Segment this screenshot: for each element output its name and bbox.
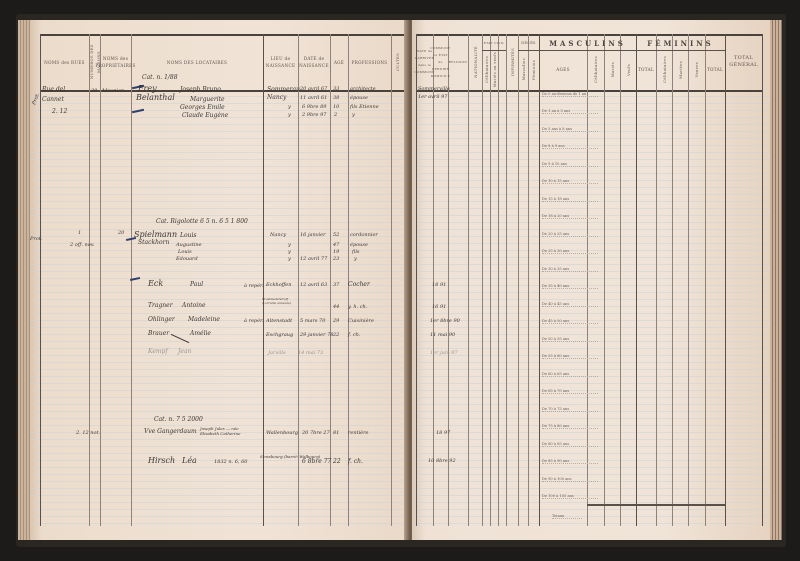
tenant-surname-faint: Kempf [148,348,168,355]
birthdate: 29 janvier 78 [300,332,333,338]
age-range: De 45 à 50 ans [542,319,598,324]
arrival-note-faint: 1er juin 97 [430,350,458,356]
birthplace: Nancy [270,232,286,238]
birthdate: 5 mars 70 [300,318,325,324]
age-range: De 25 à 30 ans [542,249,598,254]
arrival-note: 10 8bre 92 [428,458,456,464]
tenant-firstname: Louis [180,232,196,239]
header-infirmites: INFIRMITÉS [509,48,516,76]
profession: f. ch. [348,332,360,338]
header-noms-rues: NOMS des RUES [40,36,89,88]
right-page: DATE de l'ARRIVÉE dans la COMMUNE COMMUN… [412,20,770,540]
age-range: De 85 à 90 ans [542,459,598,464]
birthplace: Nancy [267,94,286,101]
profession: fils [352,249,360,255]
age-range: De 1 an à 5 ans [542,109,598,114]
age: 22 [333,458,341,465]
arrival-date: 1er avril 97 [418,94,447,100]
house-number: 20 [91,88,97,94]
age-range: De 5 ans à 8 ans [542,127,598,132]
header-nationalite: NATIONALITÉ [472,46,479,78]
age: 44 [333,304,339,310]
birthdate: 6 9bre 89 [302,104,326,110]
arrival-commune: Sommerville [418,86,450,92]
profession: épouse [350,95,368,101]
age-range: De 65 à 70 ans [542,389,598,394]
age-range: De 30 à 35 ans [542,267,598,272]
age: 47 [333,242,339,248]
header-proprietaires: NOMS des PROPRIÉTAIRES [100,36,131,88]
age-range: De 50 à 55 ans [542,337,598,342]
street: 2. 12 [52,108,67,115]
age-range: De 9 à 10 ans [542,162,598,167]
block-header: Cat. n. 7 5 2000 [154,416,203,423]
street: Cannet [42,96,64,103]
birthplace: Sommerau [267,86,300,93]
age: 52 [333,232,339,238]
age: 81 [333,430,339,436]
birthdate: 20 avril 67 [300,86,327,92]
header-cultes: CULTES [394,53,401,71]
header-masculins: MASCULINS [539,36,636,50]
tenant-note: à repér. [244,318,264,324]
street: 2. 12 not. [76,430,100,436]
header-handwriting: Cat. n. 1/88 [142,74,178,81]
tenant-firstname: Antoine [182,302,206,309]
tenant-firstname: Louis [178,249,192,255]
block-header: Cat. Rigolotte 6 5 n. 6 5 1 800 [156,218,248,225]
birthdate: 11 avril 61 [300,95,327,101]
profession: Cocher [348,281,370,288]
header-etat-civil: ÉTAT CIVIL [482,36,506,50]
tenant-surname: Ohlinger [148,316,175,323]
tenant-surname: Brauer [148,330,169,337]
tenant-firstname: Georges Emile [180,104,225,111]
arrival-note: 18 97 [436,430,450,436]
birthplace: Grosbliederstroff (Lorraine annexée) [262,298,302,305]
profession: épouse [350,242,368,248]
header-total-general: TOTAL GÉNÉRAL [725,36,762,88]
age-range: De 75 à 80 ans [542,424,598,429]
birthdate-faint: 14 mai 73 [298,350,323,356]
age: 29 [333,318,339,324]
birthplace: Eckhoffen [266,282,291,288]
birthplace-faint: Jarville [268,350,286,356]
age-range: De 10 à 15 ans [542,179,598,184]
age-range: De 80 à 85 ans [542,442,598,447]
tenant-firstname: Claude Eugène [182,112,228,119]
arrival-note: 16 91 [432,304,446,310]
street: 2 off. nov. [70,242,95,248]
age-range: De 60 à 65 ans [542,372,598,377]
totals-label: Totaux [552,514,582,519]
tenant-firstname: Joseph Jules — née Elisabeth Catherine [200,426,256,436]
birthplace: Eschgraug [266,332,293,338]
birthplace: Altenstadt [266,318,292,324]
age-range: De 70 à 75 ans [542,407,598,412]
age-range: De 20 à 25 ans [542,232,598,237]
arrival-note: 11 mai 90 [430,332,455,338]
tenant-note: 1832 n. 6, 60 [214,459,247,465]
house-number: 20 [118,230,124,236]
header-ages: AGES [539,51,587,88]
age: 33 [333,86,339,92]
tenant-surname: Belanthal [136,93,175,102]
tenant-surname: Eck [148,279,163,288]
header-deces: DÉCÈS [518,36,539,50]
age-range: De 8 à 9 ans [542,144,598,149]
tenant-firstname: Edouard [176,256,198,262]
header-dernier-domicile: COMMUNE ou ÉTAT du DERNIER DOMICILE [433,36,448,88]
age: 23 [333,256,339,262]
header-age: AGE [330,36,348,88]
tenant-firstname: Amélie [190,330,211,337]
age: 22 [333,332,339,338]
header-professions: PROFESSIONS [348,36,391,88]
arrival-note: 18 91 [432,282,446,288]
age-range: De 40 à 45 ans [542,302,598,307]
page-edges-right [770,20,782,540]
tenant-firstname: Marguerite [190,96,225,103]
age: 38 [333,95,339,101]
street: Rue del [42,86,65,93]
tenant-firstname: Léa [182,456,197,465]
tenant-firstname: Paul [190,281,203,288]
birthdate: 20 7bre 27 [302,430,330,436]
owner: Mounier [102,88,124,94]
age: 19 [333,249,339,255]
age-range: De 18 à 20 ans [542,214,598,219]
tenant-firstname: Augustine [176,242,202,248]
tenant-surname: Spielmann [134,230,177,239]
header-lieu-naissance: LIEU de NAISSANCE [263,36,298,88]
tenant-firstname: Madeleine [188,316,220,323]
birthdate: 12 avril 63 [300,282,327,288]
left-page: NOMS des RUES NUMÉROS DES MAISONS NOMS d… [30,20,410,540]
age-range: De 15 à 18 ans [542,197,598,202]
tenant-note: à repér. [244,283,264,289]
tenant-surname: Hirsch [148,456,175,465]
header-religion: RELIGION [448,36,468,88]
margin-note: Prot. [30,236,42,242]
tenant-surname: Tragner [148,302,173,309]
tenant-firstname-faint: Jean [178,348,191,355]
header-date-naissance: DATE de NAISSANCE [298,36,330,88]
profession: y [352,112,355,118]
birthdate: 16 janvier [300,232,325,238]
age: 10 [333,104,339,110]
tenant-surname: Stackhorn [138,239,169,246]
age: 37 [333,282,339,288]
tenant-surname: Frey [138,84,157,93]
age-range: De 55 à 60 ans [542,354,598,359]
profession: rentière [348,430,369,436]
ledger-book: NOMS des RUES NUMÉROS DES MAISONS NOMS d… [16,14,786,547]
birthplace: Wallenbourg [266,430,298,436]
birthdate: 6 8bre 77 [302,458,331,465]
birthdate: 2 9bre 97 [302,112,326,118]
profession: y. h. ch. [348,304,367,310]
profession: Cuisinière [348,318,374,324]
profession: cordonnier [350,232,378,238]
age-range: De 35 à 40 ans [542,284,598,289]
tenant-firstname: Joseph Bruno [180,86,221,93]
arrival-note: 1er 8bre 90 [430,318,460,324]
age: 2 [334,112,337,118]
tenant-surname: Vve Gangerdaum [144,428,197,435]
profession: architecte [350,86,376,92]
profession: fils Etienne [350,104,379,110]
header-feminins: FÉMININS [636,36,725,50]
age-range: De 100 à 105 ans [542,494,598,499]
profession: f. ch. [348,458,363,465]
age-range: De 90 à 100 ans [542,477,598,482]
birthdate: 12 avril 77 [300,256,327,262]
age-range: De 0 au-dessous de 1 an [542,92,598,97]
profession: y [354,256,357,262]
